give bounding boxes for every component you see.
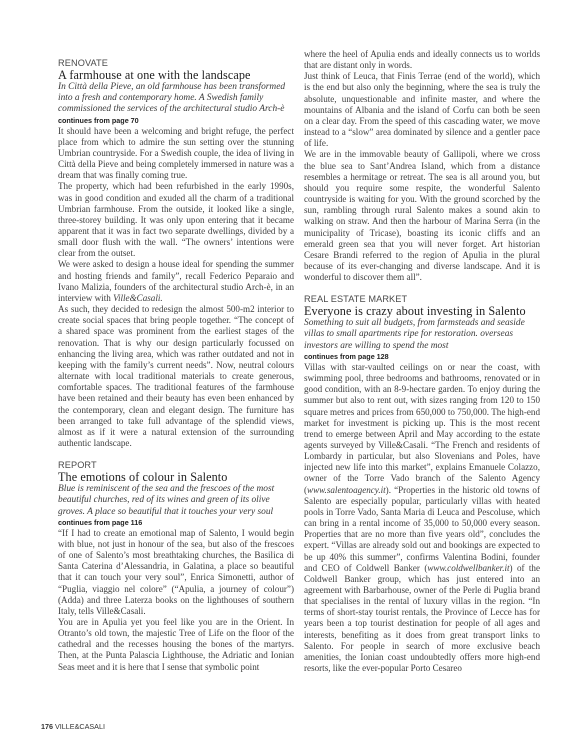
body-text: ) of the Coldwell Banker group, which ha… [304,563,540,673]
magazine-name: VILLE&CASALI [55,722,105,731]
page-footer: 176 VILLE&CASALI [41,722,105,731]
continues-from-label: continues from page 128 [304,352,540,362]
body-paragraph: It should have been a welcoming and brig… [58,126,294,182]
article-standfirst-salento-colour: Blue is reminiscent of the sea and the f… [58,484,294,518]
body-text: Villas with star-vaulted ceilings on or … [304,362,540,495]
article-headline-investing: Everyone is crazy about investing in Sal… [304,305,540,318]
body-paragraph: where the heel of Apulia ends and ideall… [304,49,540,71]
page-number: 176 [41,722,53,731]
continues-from-label: continues from page 70 [58,116,294,126]
body-paragraph: “If I had to create an emotional map of … [58,528,294,617]
article-headline-farmhouse: A farmhouse at one with the landscape [58,69,294,82]
coldwellbanker-url: www.coldwellbanker.it [427,563,509,573]
body-text: ). “Properties in the historic old towns… [304,485,540,573]
body-paragraph: The property, which had been refurbished… [58,181,294,259]
continues-from-label: continues from page 116 [58,518,294,528]
body-paragraph: You are in Apulia yet you feel like you … [58,617,294,673]
salentoagency-url: www.salentoagency.it [307,485,386,495]
article-headline-salento-colour: The emotions of colour in Salento [58,471,294,484]
body-paragraph: Villas with star-vaulted ceilings on or … [304,362,540,674]
right-column: where the heel of Apulia ends and ideall… [304,49,540,674]
body-paragraph: We are in the immovable beauty of Gallip… [304,149,540,283]
body-paragraph: As such, they decided to redesign the al… [58,304,294,449]
magazine-name-italic: Ville&Casali. [113,293,163,303]
body-paragraph: We were asked to design a house ideal fo… [58,259,294,304]
body-paragraph: Just think of Leuca, that Finis Terrae (… [304,71,540,149]
left-column: RENOVATE A farmhouse at one with the lan… [58,58,294,673]
article-standfirst-farmhouse: In Città della Pieve, an old farmhouse h… [58,82,294,116]
body-text: We were asked to design a house ideal fo… [58,259,294,302]
article-standfirst-investing: Something to suit all budgets, from farm… [304,318,540,352]
